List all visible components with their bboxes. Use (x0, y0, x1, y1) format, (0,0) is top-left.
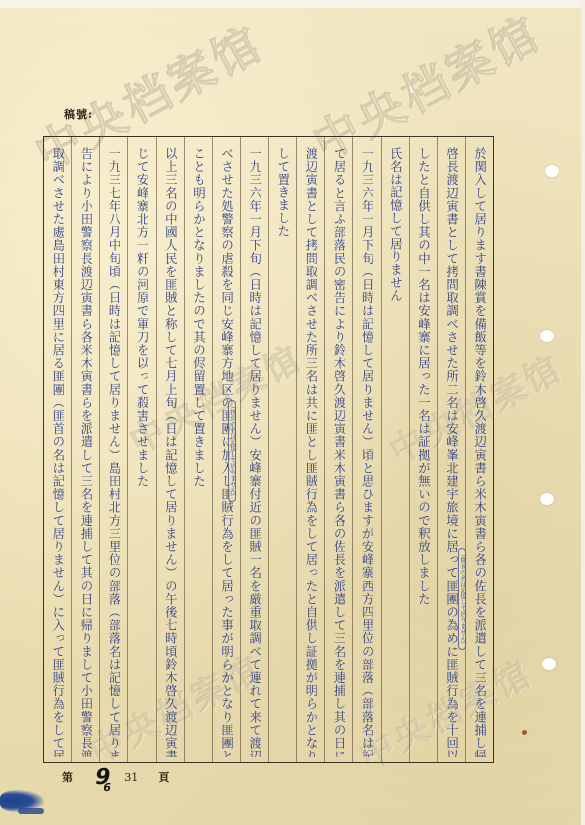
page-number-footer: 第 9 6 31 頁 (62, 762, 169, 792)
column-text: ことも明らかとなりましたので其の侭留置して置きました (192, 147, 205, 488)
column-text: 於関入して居ります書陳賞を備飯等を鈴木啓久渡辺寅書ら米木寅書ら各の佐長を派遣して… (473, 147, 486, 757)
manuscript-column: 一九三六年一月下旬（日時は記憶して居りません）安峰寨付近の匪賊一名を厳重取調べて… (240, 137, 268, 762)
column-text: 以上三名の中國人民を匪賊と称して七月上旬（日は記憶して居りません）の午後七時頃鈴… (164, 147, 177, 757)
punch-hole (542, 658, 556, 670)
manuscript-column: て居ると言ふ部落民の密告により鈴木啓久渡辺寅書米木寅書ら各の佐長を派遣して三名を… (324, 137, 352, 762)
manuscript-column: じて安峰寨北方一粁の河原で軍刀を以って殺害させました (127, 137, 155, 762)
manuscript-column: 取調べさせた處島田村東方四里に居る匪團（匪首の名は記憶して居りません）に入って匪… (44, 137, 71, 762)
paper-top-edge (0, 0, 585, 8)
manuscript-column: 於関入して居ります書陳賞を備飯等を鈴木啓久渡辺寅書ら米木寅書ら各の佐長を派遣して… (465, 137, 493, 762)
column-text: 氏名は記憶して居りません (389, 147, 402, 302)
handwritten-page-sub: 6 (102, 781, 112, 794)
column-text: 取調べさせた處島田村東方四里に居る匪團（匪首の名は記憶して居りません）に入って匪… (51, 147, 64, 757)
column-text: 啓長渡辺寅書として拷問取調べさせた所二名は安峰峯北建宇旅境に居って匪團の為めに匪… (445, 147, 458, 757)
column-text: 一九三六年一月下旬（日時は記憶して居りません）頃と思ひますが安峰寨西方四里位の部… (361, 147, 374, 757)
punch-hole (540, 330, 554, 342)
manuscript-column: して置きました (268, 137, 296, 762)
column-text: 渡辺寅書として拷問取調べさせた所三名は共に匪とし匪賊行為をして居ったと自供し証拠… (304, 147, 317, 757)
manuscript-column: 啓長渡辺寅書として拷問取調べさせた所二名は安峰峯北建宇旅境に居って匪團の為めに匪… (437, 137, 465, 762)
punch-hole (545, 165, 559, 177)
page-label-prefix: 第 (62, 769, 73, 785)
printed-page-number: 31 (124, 771, 138, 784)
column-text: して置きました (276, 147, 289, 237)
handwritten-page-number: 9 6 (93, 765, 113, 790)
column-text: したと自供し其の中一名は安峰寨に居った一名は証拠が無いので釈放しました (417, 147, 430, 606)
manuscript-column: 以上三名の中國人民を匪賊と称して七月上旬（日は記憶して居りません）の午後七時頃鈴… (156, 137, 184, 762)
ink-stain (18, 808, 44, 814)
manuscript-column: 氏名は記憶して居りません (381, 137, 409, 762)
manuscript-column: ことも明らかとなりましたので其の侭留置して置きました (184, 137, 212, 762)
column-text: て居ると言ふ部落民の密告により鈴木啓久渡辺寅書米木寅書ら各の佐長を派遣して三名を… (333, 147, 346, 757)
manuscript-column: 一九三七年八月中旬頃（日時は記憶して居りません）島田村北方三里位の部落（部落名は… (99, 137, 127, 762)
manuscript-grid: 於関入して居ります書陳賞を備飯等を鈴木啓久渡辺寅書ら米木寅書ら各の佐長を派遣して… (43, 136, 494, 763)
file-number-label: 稿號: (64, 106, 93, 122)
inserted-annotation: （匪首の名は記憶して居りません） (228, 400, 236, 502)
rust-spot (522, 730, 527, 735)
manuscript-column: 一九三六年一月下旬（日時は記憶して居りません）頃と思ひますが安峰寨西方四里位の部… (352, 137, 380, 762)
manuscript-column: したと自供し其の中一名は安峰寨に居った一名は証拠が無いので釈放しました (409, 137, 437, 762)
column-text: 一九三七年八月中旬頃（日時は記憶して居りません）島田村北方三里位の部落（部落名は… (108, 147, 121, 757)
column-text: 一九三六年一月下旬（日時は記憶して居りません）安峰寨付近の匪賊一名を厳重取調べて… (248, 147, 261, 757)
paper-right-edge (581, 0, 585, 825)
column-text: じて安峰寨北方一粁の河原で軍刀を以って殺害させました (136, 147, 149, 488)
manuscript-column: 渡辺寅書として拷問取調べさせた所三名は共に匪とし匪賊行為をして居ったと自供し証拠… (296, 137, 324, 762)
column-text: 告により小田警察長渡辺寅書ら各米木寅書らを派遣して三名を連捕して其の日に帰りまし… (79, 147, 92, 757)
punch-hole (540, 493, 554, 505)
inserted-annotation: （隊長の名は記憶して居りません） (458, 548, 466, 650)
manuscript-column: 告により小田警察長渡辺寅書ら各米木寅書らを派遣して三名を連捕して其の日に帰りまし… (71, 137, 99, 762)
page-label-suffix: 頁 (158, 769, 169, 785)
